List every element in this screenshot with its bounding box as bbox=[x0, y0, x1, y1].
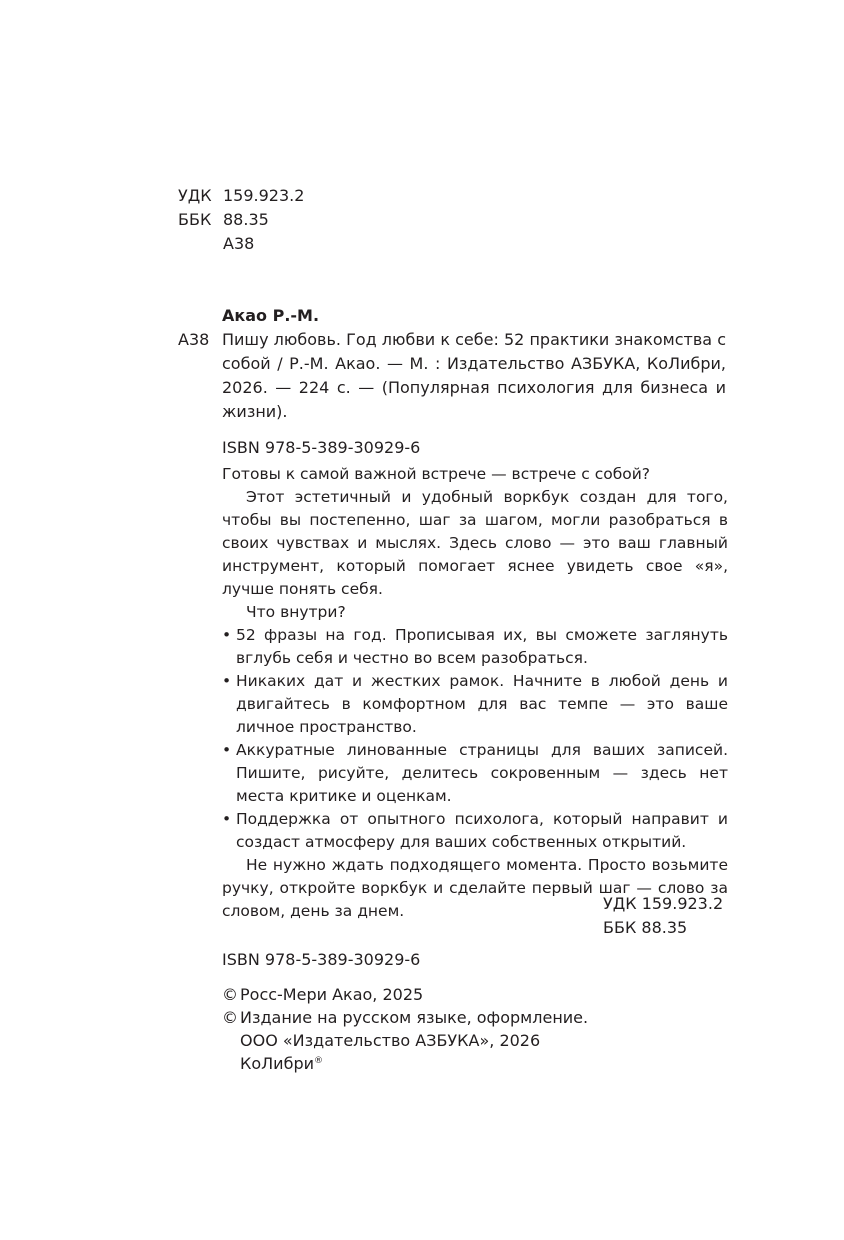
copyright-edition-line1: Издание на русском языке, оформление. bbox=[240, 1006, 588, 1029]
bbk-row: ББК 88.35 bbox=[178, 208, 304, 232]
annotation-intro: Этот эстетичный и удобный воркбук создан… bbox=[222, 486, 728, 601]
copyright-edition-row: © Издание на русском языке, оформление. bbox=[222, 1006, 588, 1029]
biblio-entry: А38 Пишу любовь. Год любви к себе: 52 пр… bbox=[178, 328, 728, 424]
list-item: Аккуратные линованные страницы для ваших… bbox=[222, 739, 728, 808]
annotation-lead: Готовы к самой важной встрече — встрече … bbox=[222, 463, 728, 486]
copyright-author-row: © Росс-Мери Акао, 2025 bbox=[222, 983, 588, 1006]
copyright-icon: © bbox=[222, 1006, 240, 1029]
imprint-name-row: КоЛибри® bbox=[222, 1052, 588, 1075]
author-heading: Акао Р.-М. bbox=[222, 304, 728, 328]
bbk-value: 88.35 bbox=[223, 208, 269, 232]
bbk-label: ББК bbox=[178, 208, 223, 232]
list-item: Никаких дат и жестких рамок. Начните в л… bbox=[222, 670, 728, 739]
author-mark: А38 bbox=[223, 232, 254, 256]
copyright-edition-line2: ООО «Издательство АЗБУКА», 2026 bbox=[222, 1029, 588, 1052]
udk-bottom: УДК 159.923.2 bbox=[603, 892, 723, 916]
bbk-bottom: ББК 88.35 bbox=[603, 916, 723, 940]
copyright-icon: © bbox=[222, 983, 240, 1006]
classification-top: УДК 159.923.2 ББК 88.35 А38 bbox=[178, 184, 304, 256]
list-item: Поддержка от опытного психолога, который… bbox=[222, 808, 728, 854]
author-mark-row: А38 bbox=[178, 232, 304, 256]
imprint: ISBN 978-5-389-30929-6 © Росс-Мери Акао,… bbox=[222, 948, 588, 1075]
classification-bottom: УДК 159.923.2 ББК 88.35 bbox=[603, 892, 723, 940]
biblio-description: Пишу любовь. Год любви к себе: 52 практи… bbox=[222, 328, 726, 424]
udk-row: УДК 159.923.2 bbox=[178, 184, 304, 208]
isbn-record: ISBN 978-5-389-30929-6 bbox=[222, 436, 728, 460]
imprint-name: КоЛибри bbox=[240, 1054, 314, 1073]
list-item: 52 фразы на год. Прописывая их, вы сможе… bbox=[222, 624, 728, 670]
udk-label: УДК bbox=[178, 184, 223, 208]
isbn-imprint: ISBN 978-5-389-30929-6 bbox=[222, 948, 588, 971]
feature-list: 52 фразы на год. Прописывая их, вы сможе… bbox=[222, 624, 728, 854]
annotation: Готовы к самой важной встрече — встрече … bbox=[222, 463, 728, 923]
annotation-inside-heading: Что внутри? bbox=[222, 601, 728, 624]
biblio-code: А38 bbox=[178, 328, 222, 424]
copyright-author: Росс-Мери Акао, 2025 bbox=[240, 983, 423, 1006]
registered-icon: ® bbox=[314, 1056, 323, 1066]
copyright-page: УДК 159.923.2 ББК 88.35 А38 Акао Р.-М. А… bbox=[0, 0, 844, 1240]
udk-value: 159.923.2 bbox=[223, 184, 304, 208]
bibliographic-record: Акао Р.-М. А38 Пишу любовь. Год любви к … bbox=[178, 304, 728, 460]
